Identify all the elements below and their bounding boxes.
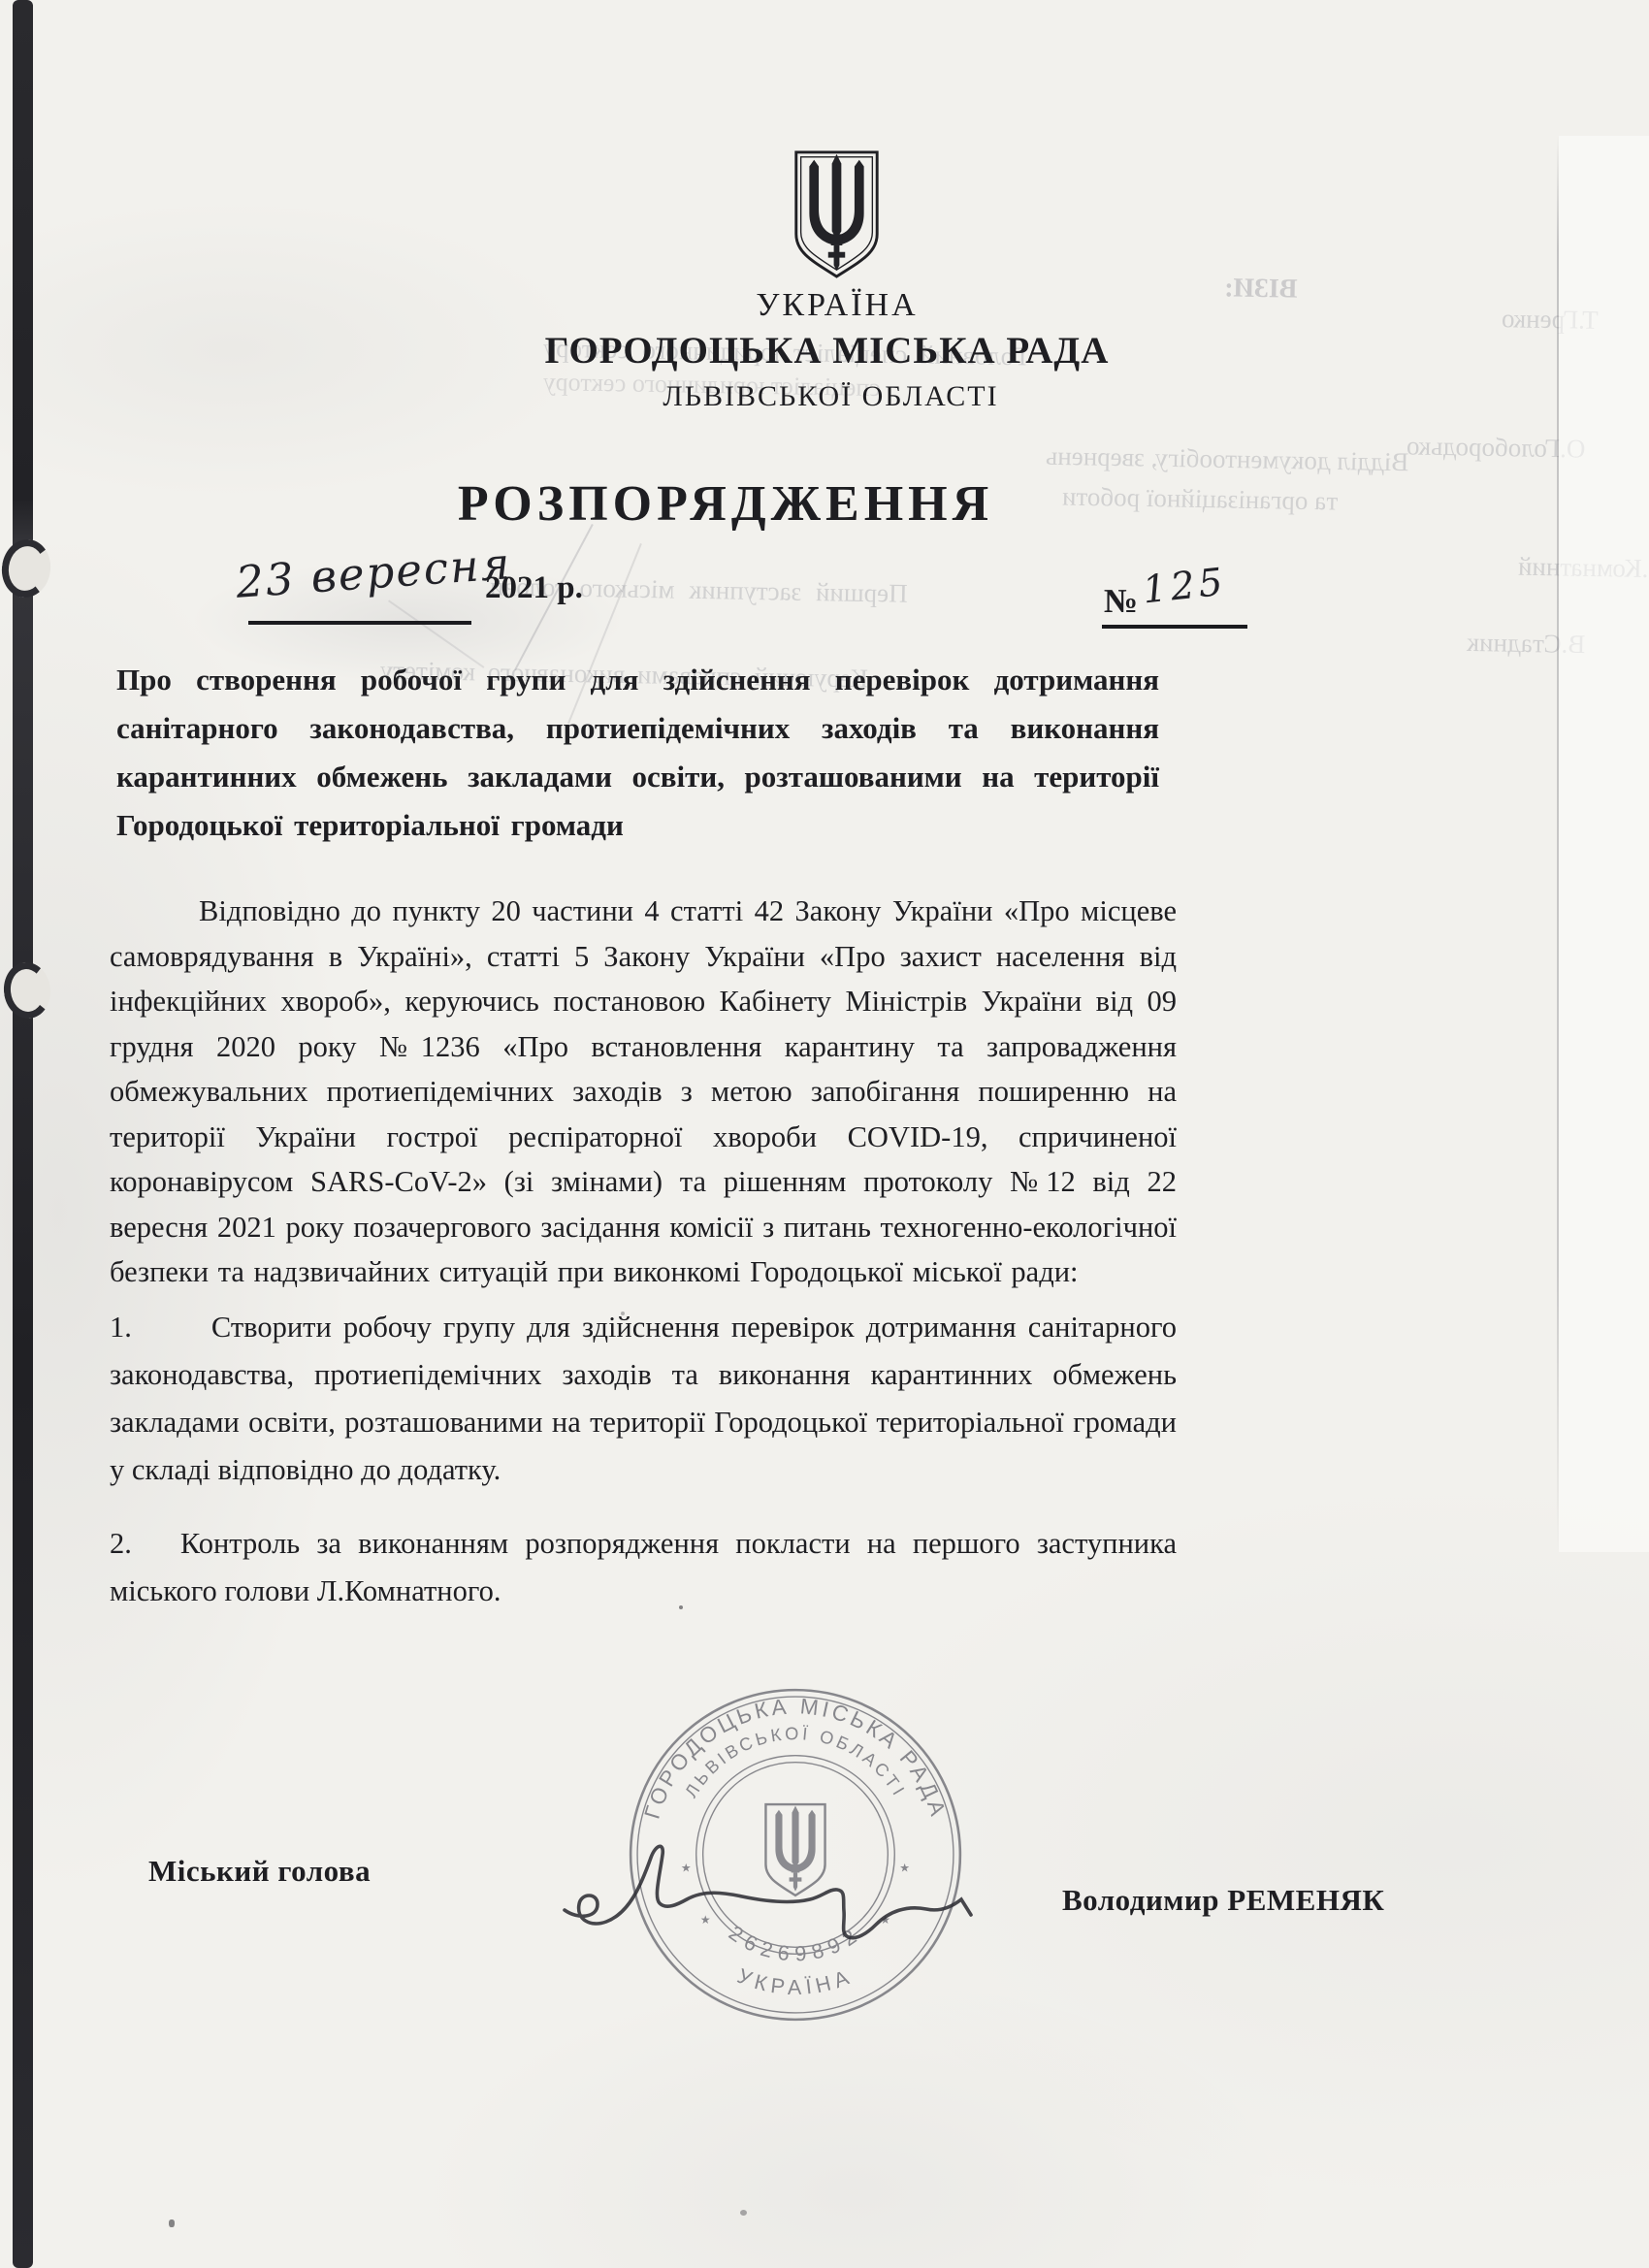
- paper-curl-mark: [1, 960, 53, 1021]
- scanned-document-page: ВІЗИ: Головний спеціаліст юридичного сек…: [0, 0, 1649, 2268]
- number-underline: [1102, 625, 1247, 629]
- order-item-1: 1.Створити робочу групу для здійснення п…: [110, 1304, 1177, 1494]
- back-sheet-edge: [1559, 136, 1649, 1552]
- paper-curl-mark: [0, 536, 54, 600]
- paper-crease-line: [1557, 136, 1559, 1552]
- scan-speck: [740, 2210, 747, 2216]
- number-label: №: [1104, 582, 1138, 621]
- scan-speck: [169, 2219, 175, 2227]
- signature-stroke: [539, 1790, 1024, 1974]
- header-region: ЛЬВІВСЬКОЇ ОБЛАСТІ: [149, 380, 1512, 413]
- scan-edge-shadow: [13, 0, 33, 2268]
- order-item-2: 2.Контроль за виконанням розпорядження п…: [110, 1520, 1177, 1615]
- handwritten-date: 23 вересня: [234, 537, 512, 608]
- document-body: Відповідно до пункту 20 частини 4 статті…: [110, 889, 1177, 1615]
- item-text: Контроль за виконанням розпорядження пок…: [110, 1527, 1177, 1607]
- subject-paragraph: Про створення робочої групи для здійснен…: [116, 656, 1159, 850]
- bleed-line: Відділ документообігу, звернень: [1046, 441, 1409, 478]
- signer-position-title: Міський голова: [148, 1854, 371, 1889]
- bleed-visa-header: ВІЗИ:: [1224, 273, 1298, 305]
- signer-name: Володимир РЕМЕНЯК: [1062, 1883, 1384, 1918]
- trident-emblem-icon: [790, 143, 884, 284]
- header-council-name: ГОРОДОЦЬКА МІСЬКА РАДА: [145, 329, 1508, 373]
- document-type-title: РОЗПОРЯДЖЕННЯ: [95, 475, 1356, 533]
- item-number: 2.: [110, 1527, 132, 1560]
- header-country: УКРАЇНА: [692, 287, 983, 324]
- item-number: 1.: [110, 1311, 132, 1344]
- date-underline: [248, 621, 471, 625]
- handwritten-number: 125: [1141, 561, 1229, 613]
- date-year: 2021 р.: [485, 570, 583, 606]
- preamble-paragraph: Відповідно до пункту 20 частини 4 статті…: [110, 889, 1177, 1295]
- item-text: Створити робочу групу для здійснення пер…: [110, 1311, 1177, 1486]
